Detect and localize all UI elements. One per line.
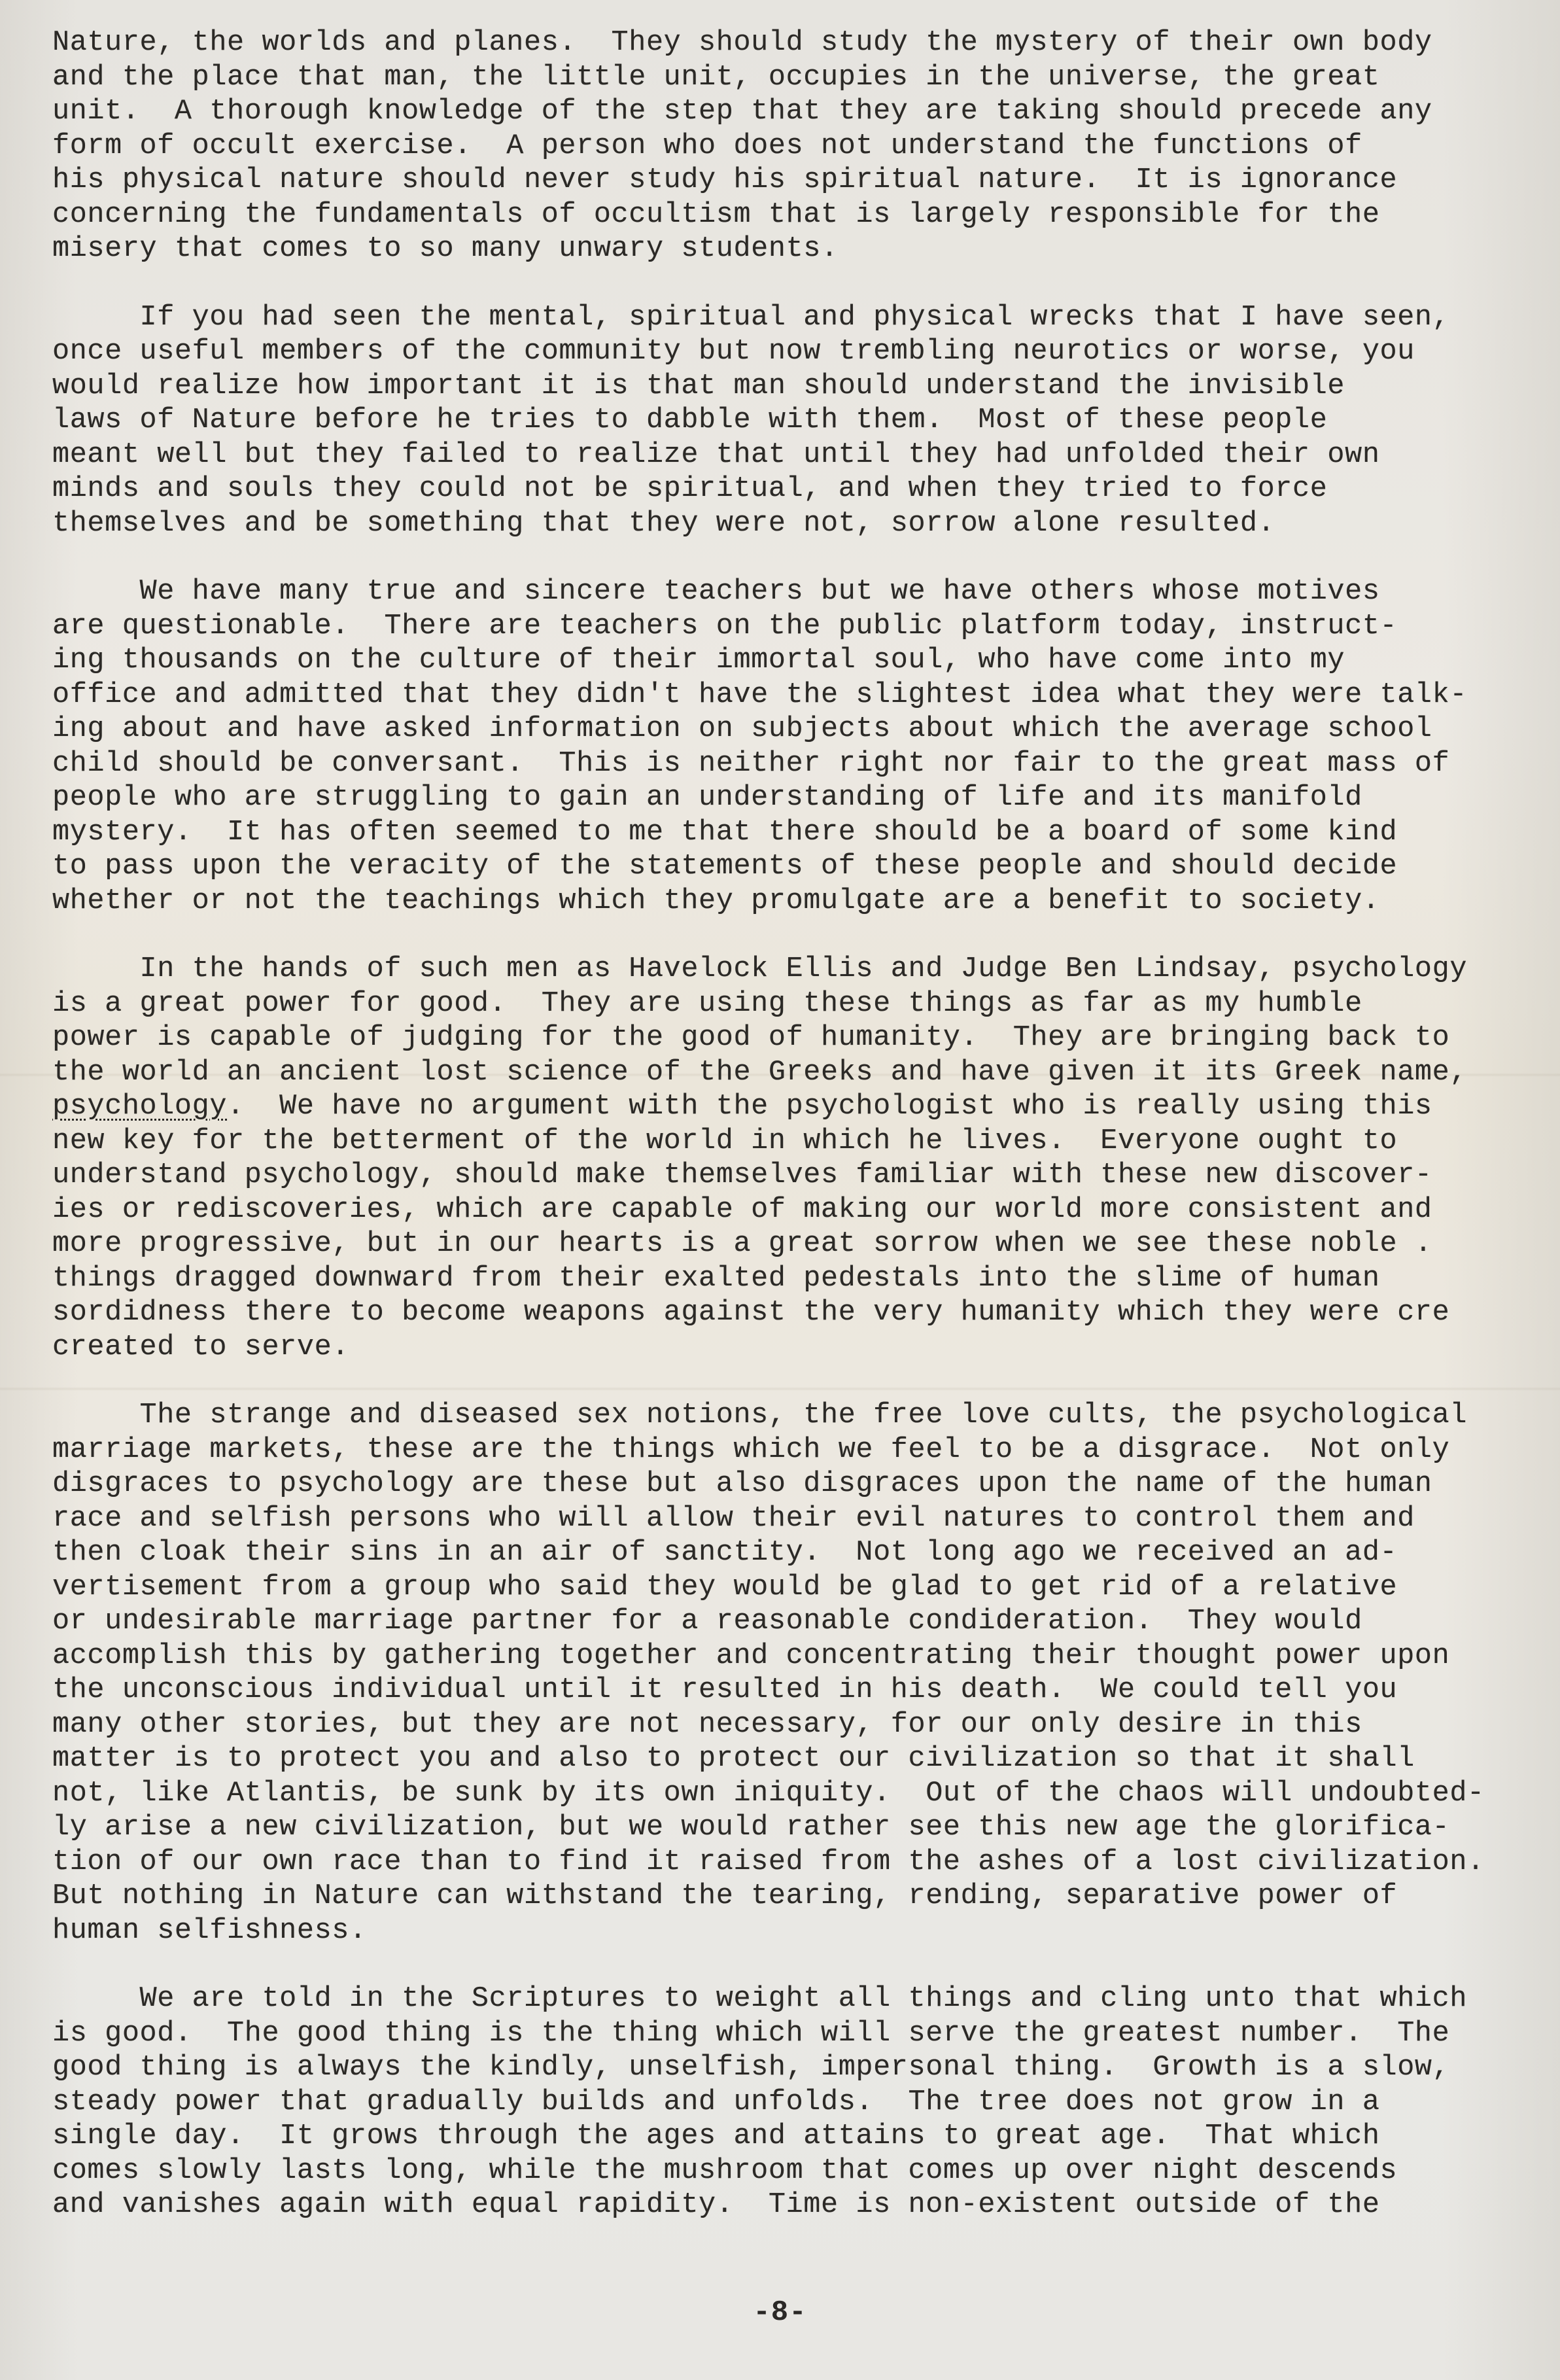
text-line: single day. It grows through the ages an… (52, 2120, 1517, 2154)
text-line: many other stories, but they are not nec… (52, 1708, 1517, 1743)
text-line: ly arise a new civilization, but we woul… (52, 1811, 1517, 1846)
text-line: things dragged downward from their exalt… (52, 1262, 1517, 1297)
text-line: If you had seen the mental, spiritual an… (52, 301, 1517, 336)
text-line: But nothing in Nature can withstand the … (52, 1880, 1517, 1914)
text-line: office and admitted that they didn't hav… (52, 678, 1517, 713)
document-body: Nature, the worlds and planes. They shou… (52, 26, 1517, 2257)
paragraph: Nature, the worlds and planes. They shou… (52, 26, 1517, 267)
text-line: or undesirable marriage partner for a re… (52, 1605, 1517, 1639)
text-line: We are told in the Scriptures to weight … (52, 1982, 1517, 2017)
text-line: form of occult exercise. A person who do… (52, 130, 1517, 164)
paragraph: We have many true and sincere teachers b… (52, 575, 1517, 919)
text-line: and the place that man, the little unit,… (52, 61, 1517, 96)
text-line: themselves and be something that they we… (52, 507, 1517, 542)
text-line: The strange and diseased sex notions, th… (52, 1399, 1517, 1433)
text-line: not, like Atlantis, be sunk by its own i… (52, 1777, 1517, 1811)
paragraph: In the hands of such men as Havelock Ell… (52, 953, 1517, 1365)
underlined-word: psychology (52, 1091, 227, 1123)
text-line: In the hands of such men as Havelock Ell… (52, 953, 1517, 987)
text-line: understand psychology, should make thems… (52, 1159, 1517, 1193)
text-line: his physical nature should never study h… (52, 164, 1517, 198)
text-line: created to serve. (52, 1331, 1517, 1365)
text-line: minds and souls they could not be spirit… (52, 472, 1517, 507)
text-line: whether or not the teachings which they … (52, 884, 1517, 919)
text-line: to pass upon the veracity of the stateme… (52, 850, 1517, 884)
page-number: -8- (0, 2296, 1560, 2329)
text-line: good thing is always the kindly, unselfi… (52, 2051, 1517, 2086)
document-page: Nature, the worlds and planes. They shou… (0, 0, 1560, 2380)
text-line: disgraces to psychology are these but al… (52, 1467, 1517, 1502)
text-line: human selfishness. (52, 1914, 1517, 1949)
text-line: are questionable. There are teachers on … (52, 610, 1517, 644)
text-line: race and selfish persons who will allow … (52, 1502, 1517, 1537)
text-line: accomplish this by gathering together an… (52, 1639, 1517, 1674)
text-line: meant well but they failed to realize th… (52, 438, 1517, 473)
text-line: the unconscious individual until it resu… (52, 1673, 1517, 1708)
paragraph: If you had seen the mental, spiritual an… (52, 301, 1517, 542)
text-line: is good. The good thing is the thing whi… (52, 2017, 1517, 2052)
text-line: steady power that gradually builds and u… (52, 2086, 1517, 2120)
text-line: then cloak their sins in an air of sanct… (52, 1536, 1517, 1571)
text-line: unit. A thorough knowledge of the step t… (52, 95, 1517, 130)
text-line: psychology. We have no argument with the… (52, 1090, 1517, 1125)
text-line: power is capable of judging for the good… (52, 1021, 1517, 1056)
text-line: ing about and have asked information on … (52, 712, 1517, 747)
text-line: tion of our own race than to find it rai… (52, 1846, 1517, 1880)
text-line: child should be conversant. This is neit… (52, 747, 1517, 782)
text-line: comes slowly lasts long, while the mushr… (52, 2154, 1517, 2189)
text-line: is a great power for good. They are usin… (52, 987, 1517, 1022)
paragraph: The strange and diseased sex notions, th… (52, 1399, 1517, 1948)
text-line: ing thousands on the culture of their im… (52, 644, 1517, 678)
text-line: once useful members of the community but… (52, 335, 1517, 370)
text-line: matter is to protect you and also to pro… (52, 1742, 1517, 1777)
text-line: We have many true and sincere teachers b… (52, 575, 1517, 610)
text-line: and vanishes again with equal rapidity. … (52, 2188, 1517, 2223)
text-line: more progressive, but in our hearts is a… (52, 1227, 1517, 1262)
text-line: misery that comes to so many unwary stud… (52, 232, 1517, 267)
text-line: the world an ancient lost science of the… (52, 1056, 1517, 1091)
text-line: would realize how important it is that m… (52, 370, 1517, 404)
text-line: people who are struggling to gain an und… (52, 781, 1517, 816)
text-line: marriage markets, these are the things w… (52, 1433, 1517, 1468)
text-line: vertisement from a group who said they w… (52, 1571, 1517, 1605)
text-line: laws of Nature before he tries to dabble… (52, 404, 1517, 438)
text-line: Nature, the worlds and planes. They shou… (52, 26, 1517, 61)
text-line: concerning the fundamentals of occultism… (52, 198, 1517, 233)
text-line: new key for the betterment of the world … (52, 1125, 1517, 1159)
text-line: ies or rediscoveries, which are capable … (52, 1193, 1517, 1228)
paragraph: We are told in the Scriptures to weight … (52, 1982, 1517, 2223)
text-line: sordidness there to become weapons again… (52, 1296, 1517, 1331)
text-line: mystery. It has often seemed to me that … (52, 816, 1517, 850)
